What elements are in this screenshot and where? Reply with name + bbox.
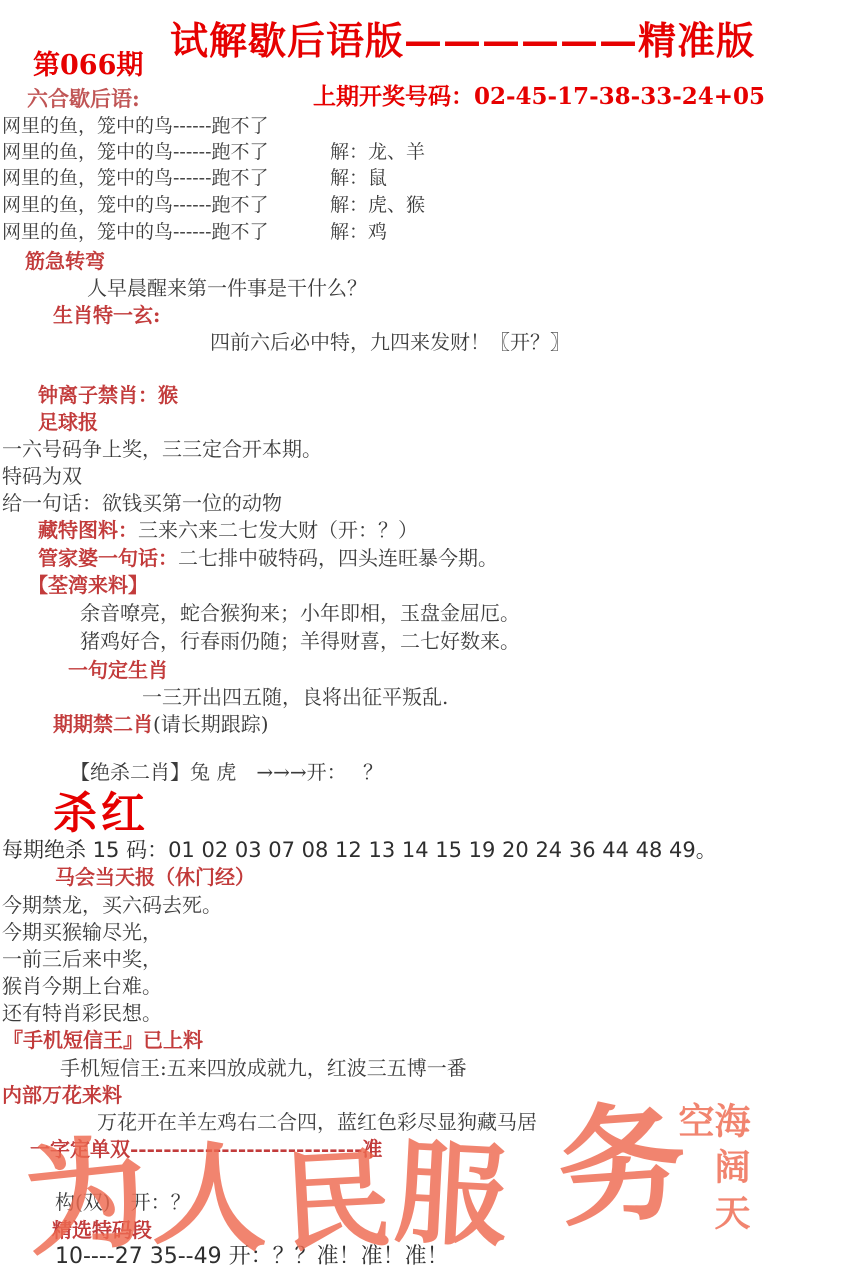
one-sentence-label: 一句定生肖 <box>68 658 168 682</box>
riddle-row: 网里的鱼，笼中的鸟------跑不了 <box>2 221 269 244</box>
single-double-line: 一字定单双----------------------------准 <box>30 1137 382 1161</box>
daily-report-label: 马会当天报（休门经） <box>55 865 255 889</box>
wanhua-label: 内部万花来料 <box>2 1083 122 1107</box>
one-sentence-text: 一三开出四五随，良将出征平叛乱. <box>142 685 448 709</box>
watermark-char-min: 民 <box>280 1145 394 1259</box>
daily-line: 一前三后来中奖， <box>2 947 162 971</box>
page-title: 试解歇后语版——————精准版 <box>170 18 755 64</box>
last-draw-numbers: 上期开奖号码：02-45-17-38-33-24+05 <box>313 83 765 111</box>
hidden-special-line: 藏特图料：三来六来二七发大财（开：？） <box>38 518 418 542</box>
football-line: 特码为双 <box>2 464 82 488</box>
daily-line: 今期禁龙，买六码去死。 <box>2 893 222 917</box>
special-segment-text: 10----27 35--49 开：？？准！准！准！ <box>55 1244 449 1270</box>
daily-line: 还有特肖彩民想。 <box>2 1001 162 1025</box>
ban-two-note: (请长期跟踪) <box>153 712 269 736</box>
housekeeper-line: 管家婆一句话：二七排中破特码，四头连旺暴今期。 <box>38 546 498 570</box>
kill-red-title: 杀红 <box>53 788 149 841</box>
riddle-text: 网里的鱼，笼中的鸟------跑不了 <box>2 115 269 137</box>
riddle-text: 网里的鱼，笼中的鸟------跑不了 <box>2 194 269 216</box>
wanhua-text: 万花开在羊左鸡右二合四，蓝红色彩尽显狗藏马居 <box>97 1110 537 1134</box>
riddle-text: 网里的鱼，笼中的鸟------跑不了 <box>2 167 269 189</box>
watermark-char-fu: 服 <box>392 1137 510 1255</box>
housekeeper-label: 管家婆一句话： <box>38 546 178 570</box>
issue-number: 第066期 <box>33 50 143 82</box>
watermark-vertical-text: 海阔天空 <box>676 1102 748 1267</box>
tsuen-wan-line: 猪鸡好合，行春雨仍随；羊得财喜，二七好数来。 <box>80 629 520 653</box>
riddle-answer: 解：鸡 <box>330 221 387 244</box>
daily-line: 今期买猴输尽光， <box>2 920 162 944</box>
daily-line: 猴肖今期上台难。 <box>2 974 162 998</box>
riddle-answer: 解：鼠 <box>330 167 387 190</box>
ban-two-label: 期期禁二肖 <box>53 712 153 736</box>
riddle-answer: 解：龙、羊 <box>330 141 425 164</box>
football-line: 给一句话：欲钱买第一位的动物 <box>2 491 282 515</box>
ban-two-line: 期期禁二肖(请长期跟踪) <box>53 712 269 736</box>
hidden-special-label: 藏特图料： <box>38 518 138 542</box>
watermark-char-wu: 务 <box>554 1098 691 1235</box>
zodiac-hint-text: 四前六后必中特，九四来发财！〖开？〗 <box>210 330 570 354</box>
riddle-text: 网里的鱼，笼中的鸟------跑不了 <box>2 221 269 243</box>
football-label: 足球报 <box>38 410 98 434</box>
brain-teaser-label: 筋急转弯 <box>25 249 105 273</box>
gou-double-line: 构(双) 开：？ <box>55 1190 191 1214</box>
riddle-row: 网里的鱼，笼中的鸟------跑不了 <box>2 194 269 217</box>
football-line: 一六号码争上奖，三三定合开本期。 <box>2 437 322 461</box>
riddle-row: 网里的鱼，笼中的鸟------跑不了 <box>2 115 269 138</box>
zodiac-hint-label: 生肖特一玄: <box>53 303 160 327</box>
forbidden-zodiac: 钟离子禁肖：猴 <box>38 383 178 407</box>
kill-red-numbers: 每期绝杀 15 码：01 02 03 07 08 12 13 14 15 19 … <box>2 838 717 863</box>
riddle-row: 网里的鱼，笼中的鸟------跑不了 <box>2 167 269 190</box>
tsuen-wan-label: 【荃湾来料】 <box>28 573 148 597</box>
special-segment-label: 精选特码段 <box>52 1218 152 1242</box>
kill-two-line: 【绝杀二肖】兔 虎 →→→开： ？ <box>70 760 383 784</box>
riddle-row: 网里的鱼，笼中的鸟------跑不了 <box>2 141 269 164</box>
tsuen-wan-line: 余音嘹亮，蛇合猴狗来；小年即相，玉盘金屈厄。 <box>80 601 520 625</box>
sms-king-text: 手机短信王:五来四放成就九，红波三五博一番 <box>60 1056 467 1080</box>
tip-sheet-page: 试解歇后语版——————精准版 第066期 六合歇后语: 上期开奖号码：02-4… <box>0 0 845 1271</box>
sms-king-label: 『手机短信王』已上料 <box>3 1028 203 1052</box>
brain-teaser-text: 人早晨醒来第一件事是干什么？ <box>87 276 367 300</box>
riddle-text: 网里的鱼，笼中的鸟------跑不了 <box>2 141 269 163</box>
riddle-answer: 解：虎、猴 <box>330 194 425 217</box>
category-label: 六合歇后语: <box>27 86 140 111</box>
